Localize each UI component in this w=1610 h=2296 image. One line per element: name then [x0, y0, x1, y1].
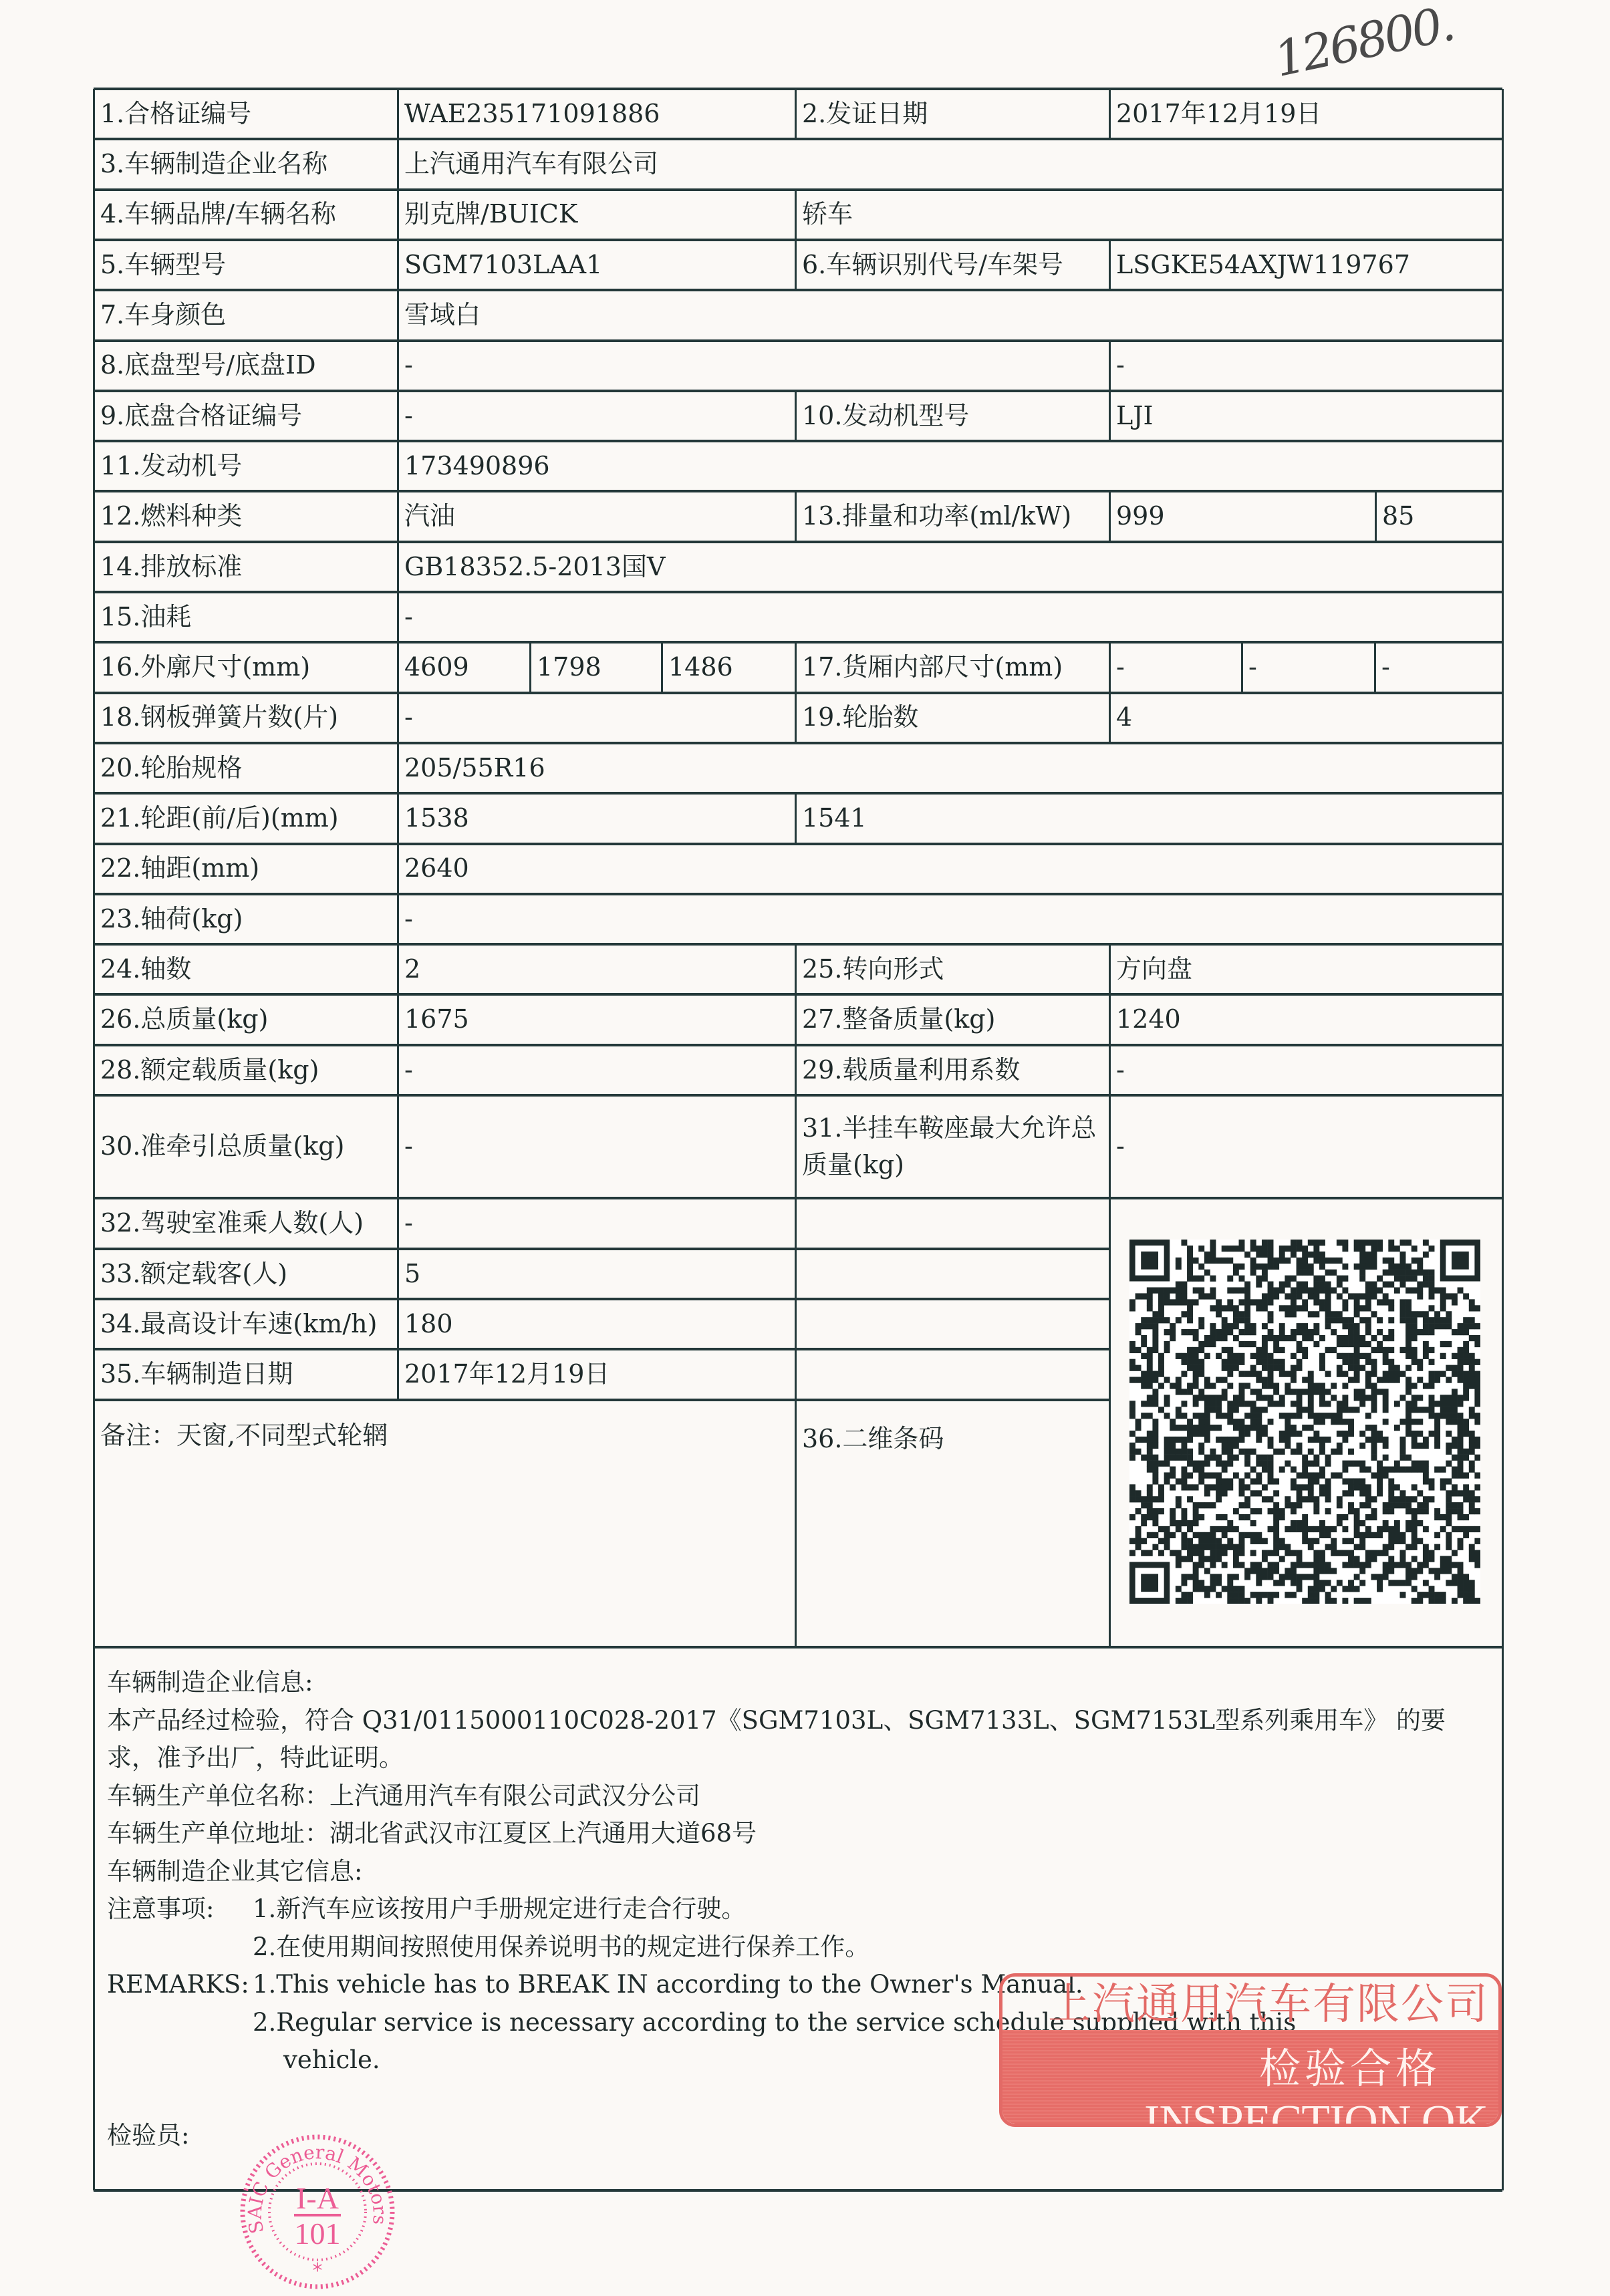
field-value: -: [398, 592, 1502, 642]
field-value: -: [1242, 642, 1375, 692]
field-value: -: [398, 1095, 795, 1198]
field-value: -: [398, 1045, 795, 1095]
stamp-company: 上汽通用汽车有限公司: [1002, 1977, 1498, 2025]
field-value: WAE235171091886: [398, 89, 795, 139]
field-value: 2640: [398, 844, 1502, 894]
field-label: 10.发动机型号: [795, 391, 1109, 441]
field-label: 20.轮胎规格: [94, 743, 398, 793]
field-value: 999: [1109, 491, 1375, 541]
field-label: 7.车身颜色: [94, 290, 398, 340]
field-label: 23.轴荷(kg): [94, 894, 398, 944]
producer-name: 车辆生产单位名称：上汽通用汽车有限公司武汉分公司: [107, 1777, 1484, 1816]
field-value: 轿车: [795, 190, 1502, 240]
barcode-label: 36.二维条码: [795, 1198, 1109, 1647]
field-label: 25.转向形式: [795, 944, 1109, 994]
field-label: 34.最高设计车速(km/h): [94, 1299, 398, 1349]
field-value: 1538: [398, 793, 795, 843]
manufacturer-info-heading: 车辆制造企业信息:: [107, 1664, 1484, 1702]
remarks-text: 备注：天窗,不同型式轮辋: [94, 1400, 795, 1647]
notes-1: 注意事项:1.新汽车应该按用户手册规定进行走合行驶。: [107, 1890, 1484, 1928]
field-label: 19.轮胎数: [795, 693, 1109, 743]
field-value: 汽油: [398, 491, 795, 541]
field-label: 12.燃料种类: [94, 491, 398, 541]
notes-label: 注意事项:: [107, 1890, 253, 1928]
field-value: SGM7103LAA1: [398, 240, 795, 290]
field-label: 17.货厢内部尺寸(mm): [795, 642, 1109, 692]
field-label: 31.半挂车鞍座最大允许总质量(kg): [795, 1095, 1109, 1198]
field-label: 26.总质量(kg): [94, 994, 398, 1044]
field-value: 1541: [795, 793, 1502, 843]
svg-text:I-A: I-A: [296, 2181, 339, 2215]
field-value: 1675: [398, 994, 795, 1044]
inspector-seal: SAIC General Motors I-A 101 *: [237, 2132, 398, 2292]
field-label: 32.驾驶室准乘人数(人): [94, 1198, 398, 1248]
field-label: 29.载质量利用系数: [795, 1045, 1109, 1095]
field-label: 30.准牵引总质量(kg): [94, 1095, 398, 1198]
field-value: 方向盘: [1109, 944, 1502, 994]
field-label: 15.油耗: [94, 592, 398, 642]
compliance-statement-2: 求，准予出厂，特此证明。: [107, 1739, 1484, 1777]
field-value: -: [1109, 642, 1242, 692]
field-label: 33.额定载客(人): [94, 1249, 398, 1299]
field-label: 28.额定载质量(kg): [94, 1045, 398, 1095]
stamp-en-text: INSPECTION OK: [1002, 2099, 1488, 2127]
field-value: GB18352.5-2013国V: [398, 542, 1502, 592]
field-value: 85: [1375, 491, 1502, 541]
stamp-cn-text: 检验合格: [1002, 2035, 1488, 2095]
qr-code: [1129, 1240, 1480, 1604]
field-value: -: [398, 391, 795, 441]
field-value: -: [398, 341, 1109, 391]
field-label: 11.发动机号: [94, 441, 398, 491]
field-label: 6.车辆识别代号/车架号: [795, 240, 1109, 290]
field-label: 18.钢板弹簧片数(片): [94, 693, 398, 743]
field-label: 21.轮距(前/后)(mm): [94, 793, 398, 843]
field-value: -: [1109, 1045, 1502, 1095]
field-label: 24.轴数: [94, 944, 398, 994]
field-value: 4609: [398, 642, 530, 692]
field-value: 雪域白: [398, 290, 1502, 340]
field-value: 205/55R16: [398, 743, 1502, 793]
field-value: 1486: [662, 642, 795, 692]
field-value: 1798: [530, 642, 662, 692]
producer-address: 车辆生产单位地址：湖北省武汉市江夏区上汽通用大道68号: [107, 1815, 1484, 1853]
svg-text:101: 101: [295, 2216, 341, 2251]
field-value: 173490896: [398, 441, 1502, 491]
field-value: LSGKE54AXJW119767: [1109, 240, 1502, 290]
field-label: 35.车辆制造日期: [94, 1349, 398, 1399]
field-value: -: [1109, 341, 1502, 391]
field-label: 16.外廓尺寸(mm): [94, 642, 398, 692]
field-value: LJI: [1109, 391, 1502, 441]
field-value: -: [398, 894, 1502, 944]
note-2: 2.在使用期间按照使用保养说明书的规定进行保养工作。: [107, 1928, 1484, 1967]
remarks-en-label: REMARKS:: [107, 1966, 253, 2004]
field-value: 2017年12月19日: [1109, 89, 1502, 139]
field-value: 别克牌/BUICK: [398, 190, 795, 240]
remark-en-1: 1.This vehicle has to BREAK IN according…: [253, 1970, 1083, 1999]
other-info-heading: 车辆制造企业其它信息:: [107, 1853, 1484, 1891]
field-value: 1240: [1109, 994, 1502, 1044]
field-label: 9.底盘合格证编号: [94, 391, 398, 441]
field-label: 27.整备质量(kg): [795, 994, 1109, 1044]
field-label: 14.排放标准: [94, 542, 398, 592]
note-1: 1.新汽车应该按用户手册规定进行走合行驶。: [253, 1894, 746, 1923]
svg-text:*: *: [313, 2259, 323, 2283]
inspection-ok-stamp: 上汽通用汽车有限公司 检验合格 INSPECTION OK: [999, 1973, 1502, 2127]
field-value: 4: [1109, 693, 1502, 743]
field-value: -: [1375, 642, 1502, 692]
field-label: 2.发证日期: [795, 89, 1109, 139]
field-value: 上汽通用汽车有限公司: [398, 139, 1502, 189]
field-value: -: [398, 693, 795, 743]
field-value: 2: [398, 944, 795, 994]
field-label: 5.车辆型号: [94, 240, 398, 290]
field-label: 1.合格证编号: [94, 89, 398, 139]
field-label: 3.车辆制造企业名称: [94, 139, 398, 189]
field-label: 22.轴距(mm): [94, 844, 398, 894]
table-rule: [397, 1198, 399, 1399]
field-label: 4.车辆品牌/车辆名称: [94, 190, 398, 240]
compliance-statement-1: 本产品经过检验，符合 Q31/0115000110C028-2017《SGM71…: [107, 1702, 1484, 1740]
field-label: 13.排量和功率(ml/kW): [795, 491, 1109, 541]
stamp-body: 检验合格 INSPECTION OK: [1002, 2030, 1498, 2124]
field-label: 8.底盘型号/底盘ID: [94, 341, 398, 391]
field-value: -: [1109, 1095, 1502, 1198]
